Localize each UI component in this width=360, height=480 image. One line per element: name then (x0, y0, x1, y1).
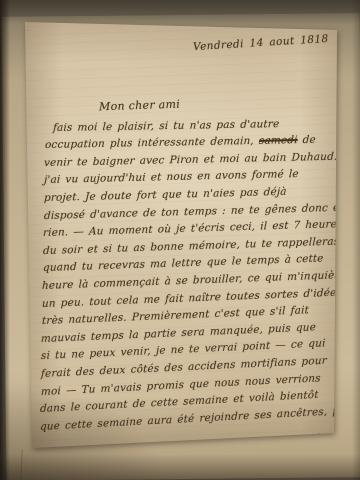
letter-sheet-shadow: J. M. Vendredi 14 aout 1818 Mon cher ami… (0, 0, 360, 480)
photo-background: J. M. Vendredi 14 aout 1818 Mon cher ami… (0, 0, 360, 480)
line-text: de (297, 134, 316, 146)
page-number-mark: 3 (317, 432, 321, 440)
strikethrough-word: samedi (258, 134, 297, 147)
letter-sheet: J. M. Vendredi 14 aout 1818 Mon cher ami… (0, 0, 360, 480)
